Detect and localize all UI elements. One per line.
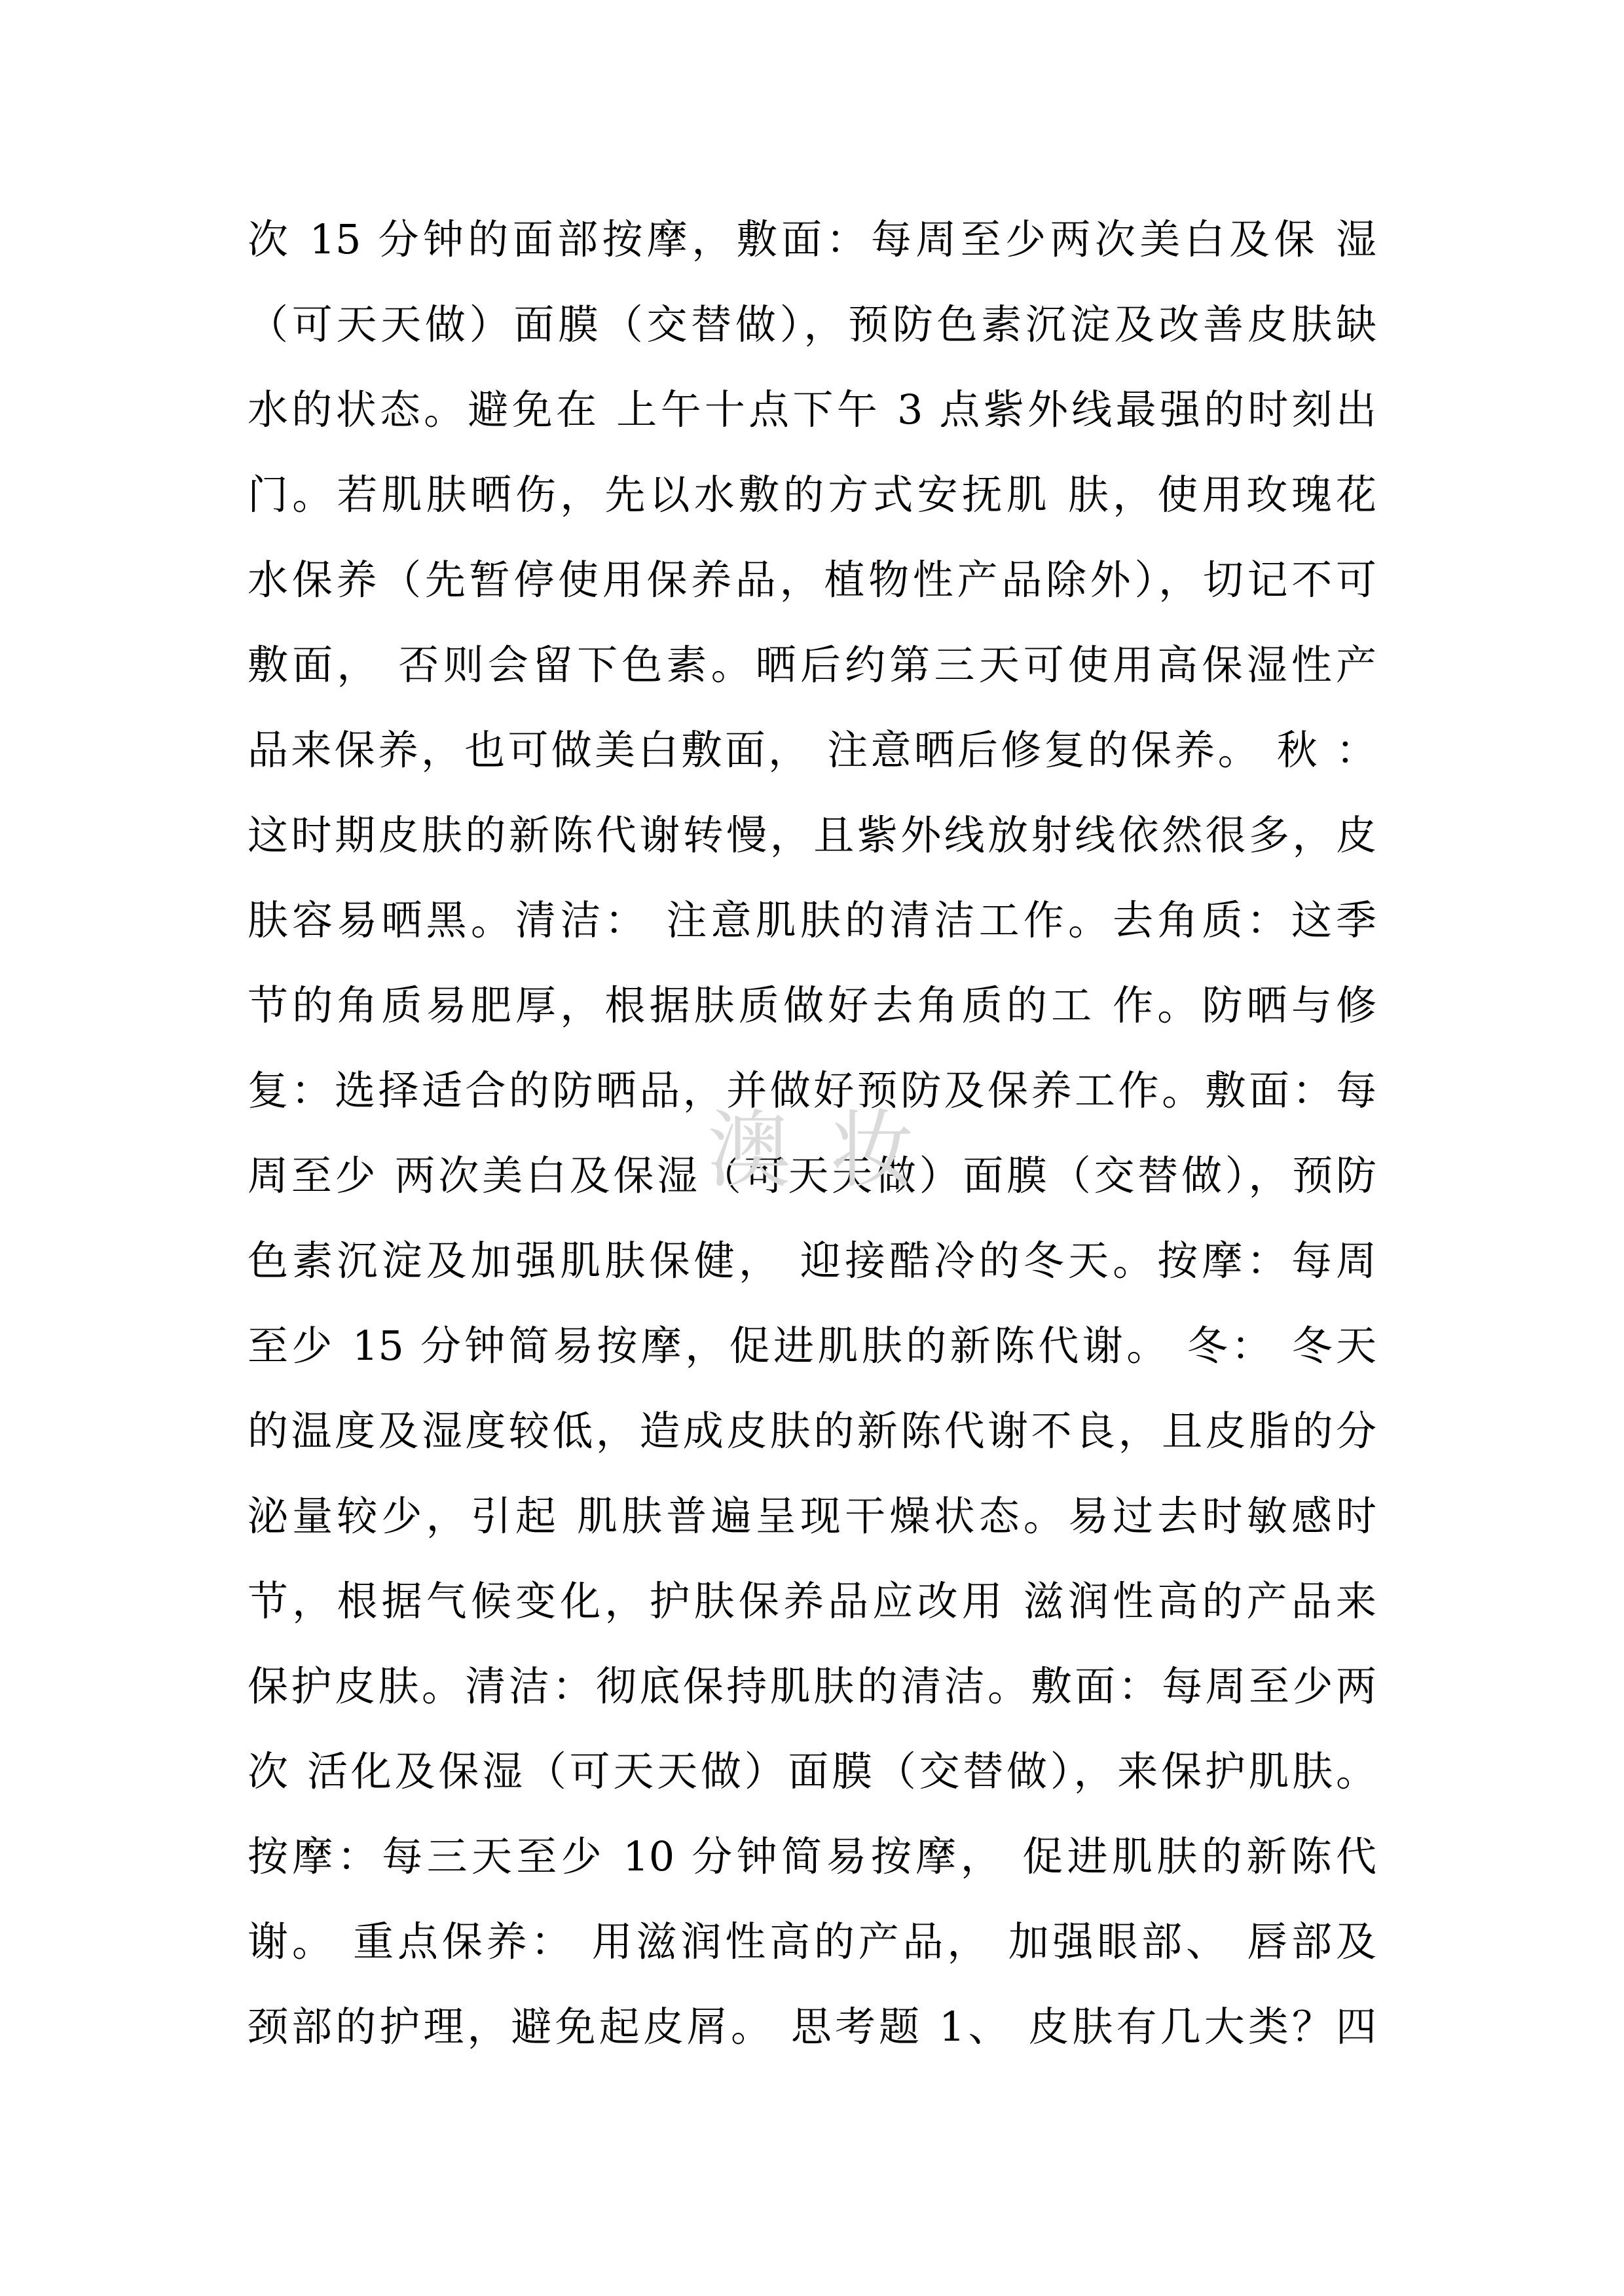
text-line: 水的状态。避免在 上午十点下午 3 点紫外线最强的时刻出 <box>248 367 1376 452</box>
text-line: 复：选择适合的防晒品，并做好预防及保养工作。敷面：每 <box>248 1048 1376 1133</box>
text-line: （可天天做）面膜（交替做），预防色素沉淀及改善皮肤缺 <box>248 282 1376 367</box>
document-page: 次 15 分钟的面部按摩，敷面：每周至少两次美白及保 湿 （可天天做）面膜（交替… <box>0 0 1624 2296</box>
text-line: 品来保养，也可做美白敷面， 注意晒后修复的保养。 秋 ： <box>248 708 1376 793</box>
text-line: 至少 15 分钟简易按摩，促进肌肤的新陈代谢。 冬： 冬天 <box>248 1303 1376 1389</box>
text-line: 门。若肌肤晒伤，先以水敷的方式安抚肌 肤，使用玫瑰花 <box>248 452 1376 538</box>
text-line: 泌量较少，引起 肌肤普遍呈现干燥状态。易过去时敏感时 <box>248 1474 1376 1559</box>
text-line: 按摩：每三天至少 10 分钟简易按摩， 促进肌肤的新陈代 <box>248 1814 1376 1899</box>
text-line: 次 活化及保湿（可天天做）面膜（交替做），来保护肌肤。 <box>248 1729 1376 1814</box>
text-line: 水保养（先暂停使用保养品，植物性产品除外），切记不可 <box>248 538 1376 623</box>
body-text: 次 15 分钟的面部按摩，敷面：每周至少两次美白及保 湿 （可天天做）面膜（交替… <box>248 197 1376 2069</box>
text-line: 保护皮肤。清洁：彻底保持肌肤的清洁。敷面：每周至少两 <box>248 1644 1376 1729</box>
text-line: 节的角质易肥厚，根据肤质做好去角质的工 作。防晒与修 <box>248 963 1376 1048</box>
text-line: 颈部的护理，避免起皮屑。 思考题 1、 皮肤有几大类？四 <box>248 1984 1376 2069</box>
text-line: 谢。 重点保养： 用滋润性高的产品， 加强眼部、 唇部及 <box>248 1899 1376 1984</box>
text-line: 色素沉淀及加强肌肤保健， 迎接酷冷的冬天。按摩：每周 <box>248 1218 1376 1303</box>
text-line: 的温度及湿度较低，造成皮肤的新陈代谢不良，且皮脂的分 <box>248 1389 1376 1474</box>
text-line: 次 15 分钟的面部按摩，敷面：每周至少两次美白及保 湿 <box>248 197 1376 282</box>
text-line: 敷面， 否则会留下色素。晒后约第三天可使用高保湿性产 <box>248 623 1376 708</box>
text-line: 这时期皮肤的新陈代谢转慢，且紫外线放射线依然很多，皮 <box>248 793 1376 878</box>
text-line: 周至少 两次美白及保湿（可天天做）面膜（交替做），预防 <box>248 1133 1376 1218</box>
text-line: 肤容易晒黑。清洁： 注意肌肤的清洁工作。去角质：这季 <box>248 878 1376 963</box>
text-line: 节，根据气候变化，护肤保养品应改用 滋润性高的产品来 <box>248 1559 1376 1644</box>
